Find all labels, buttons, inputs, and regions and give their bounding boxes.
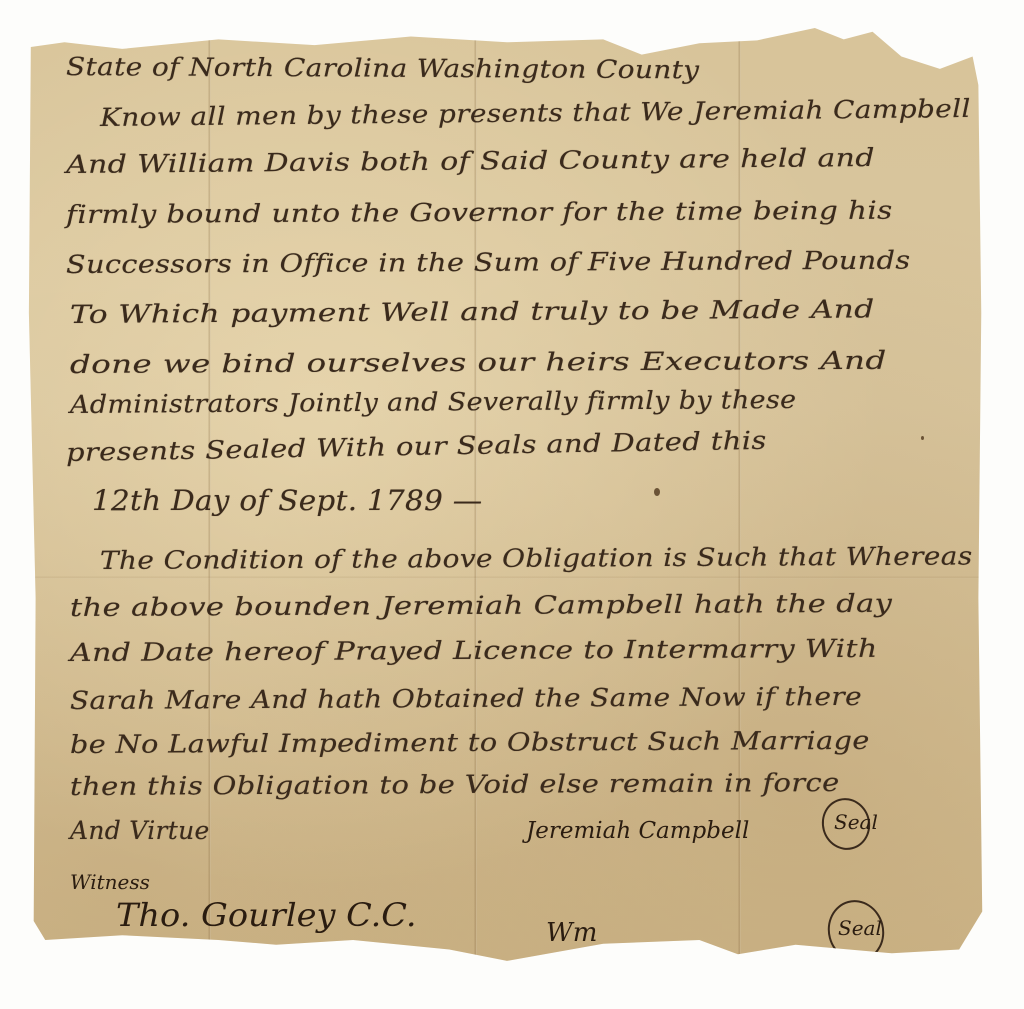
- witness-label: Witness: [70, 870, 150, 894]
- body-line: Successors in Office in the Sum of Five …: [66, 246, 911, 279]
- condition-line: And Virtue: [70, 816, 210, 845]
- body-line: To Which payment Well and truly to be Ma…: [70, 294, 875, 329]
- fold-crease: [26, 576, 988, 579]
- condition-line: The Condition of the above Obligation is…: [100, 541, 973, 575]
- condition-line: be No Lawful Impediment to Obstruct Such…: [70, 726, 870, 759]
- seal-label: Seal: [838, 916, 882, 940]
- condition-line: the above bounden Jeremiah Campbell hath…: [70, 589, 892, 622]
- condition-line: then this Obligation to be Void else rem…: [70, 768, 840, 801]
- ink-stain: [654, 488, 660, 496]
- condition-line: And Date hereof Prayed Licence to Interm…: [70, 634, 878, 667]
- ink-stain: [921, 436, 924, 440]
- seal-label: Seal: [834, 810, 878, 834]
- manuscript-page: State of North Carolina Washington Count…: [26, 28, 988, 978]
- principal-signature: Jeremiah Campbell: [526, 818, 749, 844]
- surety-signature-first: Wm: [546, 918, 597, 948]
- date-line: 12th Day of Sept. 1789 —: [92, 484, 482, 517]
- body-line: presents Sealed With our Seals and Dated…: [66, 426, 767, 467]
- surety-signature-last: Davis: [654, 943, 721, 971]
- body-line: And William Davis both of Said County ar…: [66, 143, 875, 179]
- body-line: Administrators Jointly and Severally fir…: [70, 385, 797, 419]
- body-line: firmly bound unto the Governor for the t…: [66, 196, 893, 229]
- witness-signature: Tho. Gourley C.C.: [116, 896, 416, 934]
- heading-line: State of North Carolina Washington Count…: [66, 52, 700, 84]
- body-line: done we bind ourselves our heirs Executo…: [70, 346, 887, 379]
- condition-line: Sarah Mare And hath Obtained the Same No…: [70, 682, 862, 715]
- body-line: Know all men by these presents that We J…: [100, 94, 971, 132]
